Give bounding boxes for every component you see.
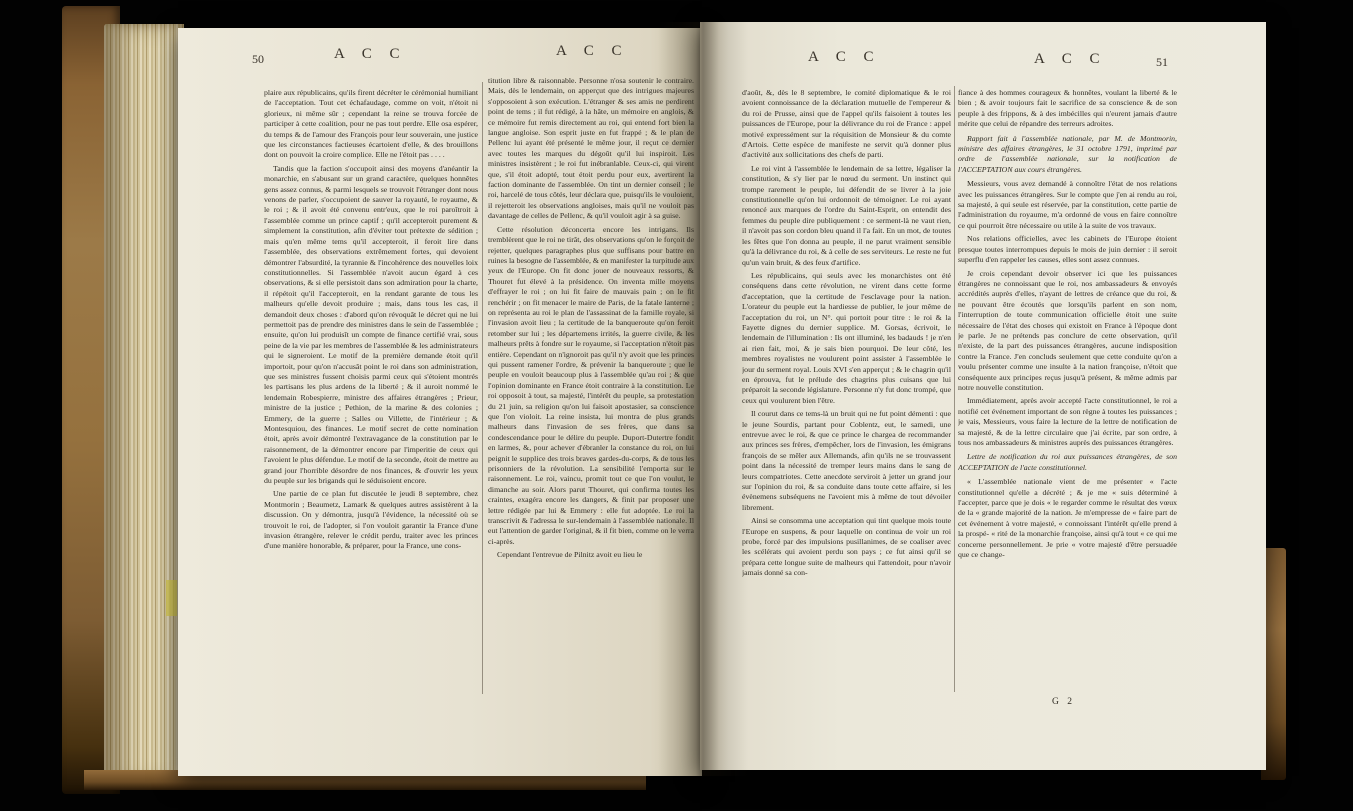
paragraph: Lettre de notification du roi aux puissa… — [958, 452, 1177, 473]
running-title-col2: A C C — [556, 43, 629, 60]
paragraph: Cette résolution déconcerta encore les i… — [488, 225, 694, 548]
paragraph: plaire aux républicains, qu'ils firent d… — [264, 88, 478, 161]
paragraph: Une partie de ce plan fut discutée le je… — [264, 489, 478, 551]
page-number-left: 50 — [252, 52, 264, 67]
page-edge-stack — [104, 24, 184, 784]
paragraph: Ainsi se consomma une acceptation qui ti… — [742, 516, 951, 578]
paragraph: Le roi vint à l'assemblée le lendemain d… — [742, 164, 951, 268]
book-photo: 50 A C C A C C A C C A C C 51 plaire aux… — [0, 0, 1353, 811]
text-column-1: plaire aux républicains, qu'ils firent d… — [264, 88, 478, 722]
running-title-col1: A C C — [334, 46, 407, 63]
column-rule-right-page — [954, 86, 955, 692]
paragraph: Les républicains, qui seuls avec les mon… — [742, 271, 951, 406]
paragraph: Nos relations officielles, avec les cabi… — [958, 234, 1177, 265]
paragraph: Il courut dans ce tems-là un bruit qui n… — [742, 409, 951, 513]
signature-mark: G 2 — [1052, 697, 1075, 707]
paragraph: Rapport fait à l'assemblée nationale, pa… — [958, 134, 1177, 176]
text-column-2: titution libre & raisonnable. Personne n… — [488, 76, 694, 710]
paragraph: d'août, &, dès le 8 septembre, le comité… — [742, 88, 951, 161]
paragraph: Je crois cependant devoir observer ici q… — [958, 269, 1177, 394]
paragraph: Immédiatement, après avoir accepté l'act… — [958, 396, 1177, 448]
paragraph: fiance à des hommes courageux & honnêtes… — [958, 88, 1177, 130]
page-edge-yellow-tab — [166, 580, 177, 616]
paragraph: Tandis que la faction s'occupoit ainsi d… — [264, 164, 478, 487]
paragraph: titution libre & raisonnable. Personne n… — [488, 76, 694, 222]
page-number-right: 51 — [1156, 55, 1168, 70]
text-column-4: fiance à des hommes courageux & honnêtes… — [958, 88, 1177, 714]
paragraph: Messieurs, vous avez demandé à connoître… — [958, 179, 1177, 231]
running-title-col4: A C C — [1034, 51, 1107, 68]
paragraph: Cependant l'entrevue de Pilnitz avoit eu… — [488, 550, 694, 560]
paragraph: « L'assemblée nationale vient de me prés… — [958, 477, 1177, 560]
running-title-col3: A C C — [808, 49, 881, 66]
text-column-3: d'août, &, dès le 8 septembre, le comité… — [742, 88, 951, 718]
column-rule-left-page — [482, 82, 483, 694]
